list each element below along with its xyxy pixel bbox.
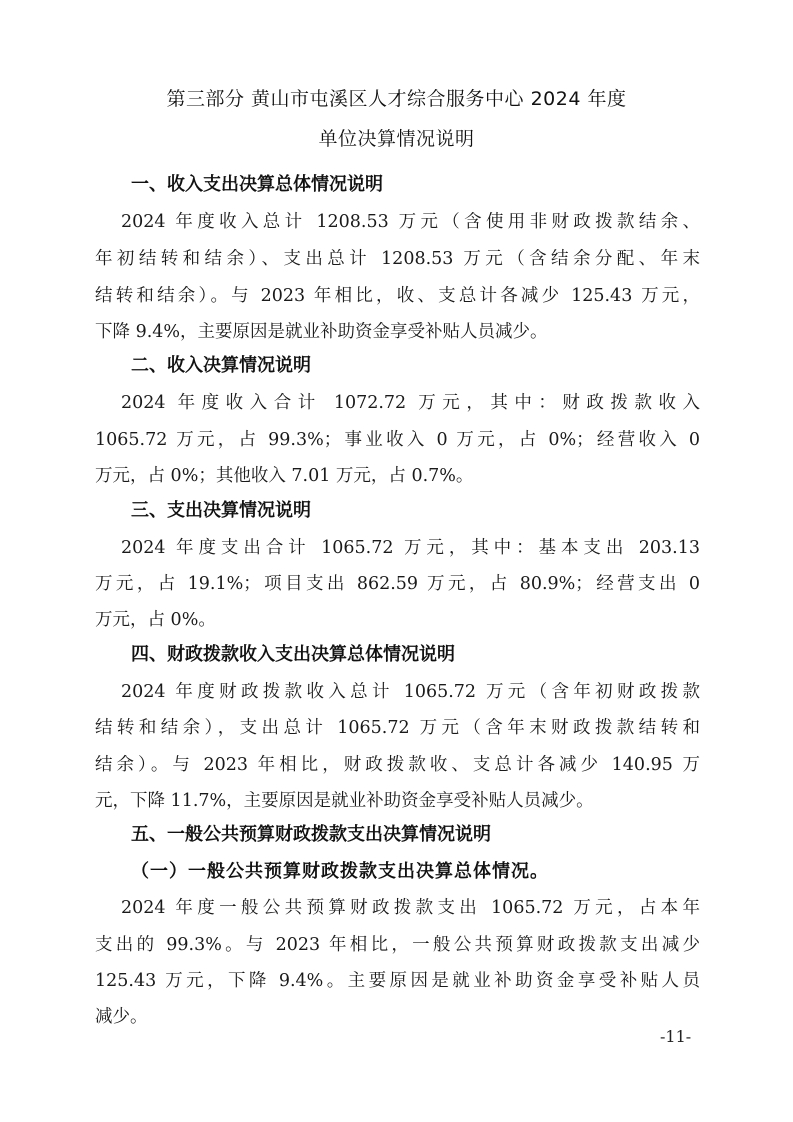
section-1-line-2: 年初结转和结余）、支出总计 1208.53 万元（含结余分配、年末 — [95, 245, 700, 270]
document-page: 第三部分 黄山市屯溪区人才综合服务中心 2024 年度 单位决算情况说明 一、收… — [0, 0, 793, 1122]
document-subtitle: 单位决算情况说明 — [0, 124, 793, 151]
section-5-line-2: 支出的 99.3%。与 2023 年相比，一般公共预算财政拨款支出减少 — [95, 931, 700, 956]
section-3-line-3: 万元，占 0%。 — [95, 606, 700, 631]
section-5-heading: 五、一般公共预算财政拨款支出决算情况说明 — [131, 820, 491, 846]
section-1-line-3: 结转和结余）。与 2023 年相比，收、支总计各减少 125.43 万元， — [95, 282, 700, 307]
section-3-line-1: 2024 年度支出合计 1065.72 万元，其中：基本支出 203.13 — [121, 534, 700, 559]
section-2-line-3: 万元，占 0%；其他收入 7.01 万元，占 0.7%。 — [95, 462, 700, 487]
section-2-line-2: 1065.72 万元，占 99.3%；事业收入 0 万元，占 0%；经营收入 0 — [95, 426, 700, 451]
section-4-line-4: 元，下降 11.7%，主要原因是就业补助资金享受补贴人员减少。 — [95, 787, 700, 812]
section-4-heading: 四、财政拨款收入支出决算总体情况说明 — [131, 640, 455, 666]
section-4-line-1: 2024 年度财政拨款收入总计 1065.72 万元（含年初财政拨款 — [121, 678, 700, 703]
section-4-line-2: 结转和结余），支出总计 1065.72 万元（含年末财政拨款结转和 — [95, 714, 700, 739]
section-5-subheading: （一）一般公共预算财政拨款支出决算总体情况。 — [131, 857, 549, 883]
section-2-heading: 二、收入决算情况说明 — [131, 351, 311, 377]
section-2-line-1: 2024 年度收入合计 1072.72 万元，其中：财政拨款收入 — [121, 389, 700, 414]
section-5-line-4: 减少。 — [95, 1003, 700, 1028]
document-title: 第三部分 黄山市屯溪区人才综合服务中心 2024 年度 — [0, 84, 793, 111]
section-3-line-2: 万元，占 19.1%；项目支出 862.59 万元，占 80.9%；经营支出 0 — [95, 570, 700, 595]
section-1-line-1: 2024 年度收入总计 1208.53 万元（含使用非财政拨款结余、 — [121, 208, 700, 233]
section-4-line-3: 结余）。与 2023 年相比，财政拨款收、支总计各减少 140.95 万 — [95, 751, 700, 776]
section-1-line-4: 下降 9.4%，主要原因是就业补助资金享受补贴人员减少。 — [95, 318, 700, 343]
section-3-heading: 三、支出决算情况说明 — [131, 496, 311, 522]
section-5-line-1: 2024 年度一般公共预算财政拨款支出 1065.72 万元，占本年 — [121, 894, 700, 919]
section-5-line-3: 125.43 万元，下降 9.4%。主要原因是就业补助资金享受补贴人员 — [95, 967, 700, 992]
page-number: -11- — [660, 1027, 691, 1046]
section-1-heading: 一、收入支出决算总体情况说明 — [131, 170, 383, 196]
